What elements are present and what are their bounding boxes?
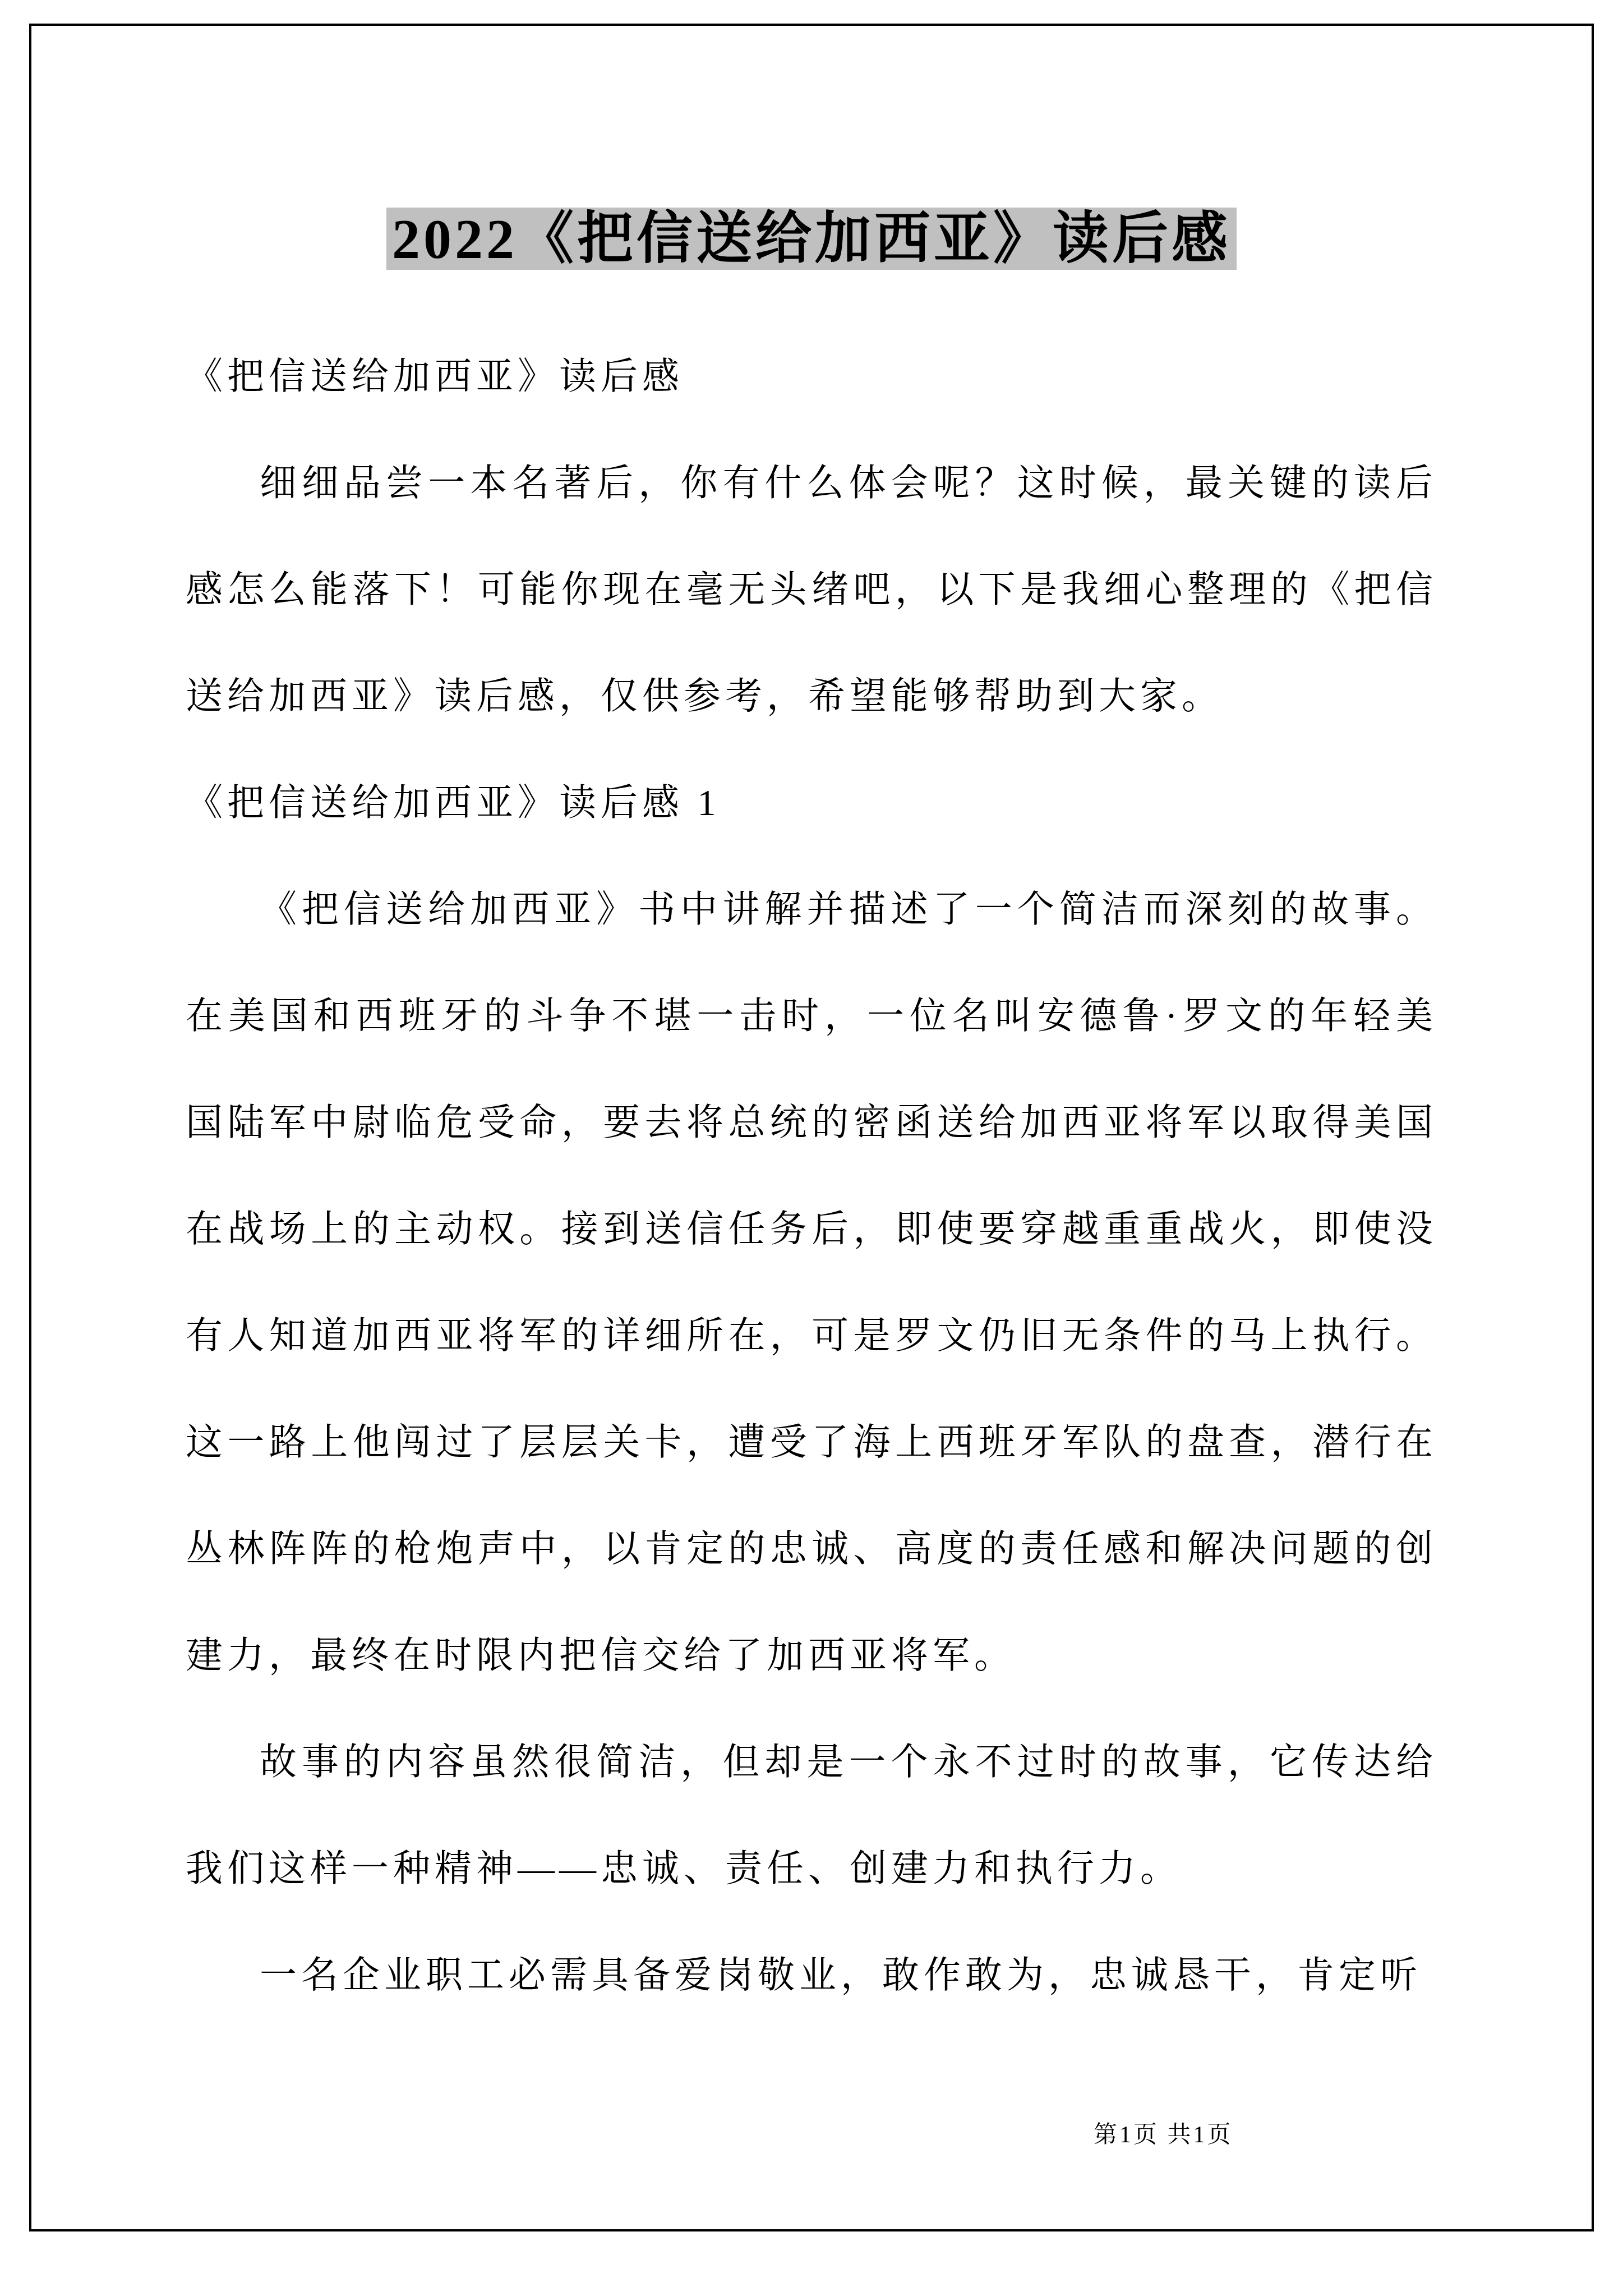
paragraph: 一名企业职工必需具备爱岗敬业，敢作敢为，忠诚恳干，肯定听 [186,1922,1437,2029]
paragraph-container: 《把信送给加西亚》读后感细细品尝一本名著后，你有什么体会呢？这时候，最关键的读后… [186,324,1437,2029]
page-number-footer: 第1页 共1页 [1094,2116,1233,2150]
paragraph: 细细品尝一本名著后，你有什么体会呢？这时候，最关键的读后感怎么能落下！可能你现在… [186,430,1437,750]
paragraph: 《把信送给加西亚》读后感 1 [186,750,1437,857]
paragraph: 故事的内容虽然很简洁，但却是一个永不过时的故事，它传达给我们这样一种精神——忠诚… [186,1709,1437,1922]
document-title: 2022《把信送给加西亚》读后感 [186,200,1437,278]
paragraph: 《把信送给加西亚》读后感 [186,324,1437,430]
document-page: 2022《把信送给加西亚》读后感 《把信送给加西亚》读后感细细品尝一本名著后，你… [0,0,1623,2296]
document-body: 2022《把信送给加西亚》读后感 《把信送给加西亚》读后感细细品尝一本名著后，你… [186,0,1437,2029]
document-title-highlight: 2022《把信送给加西亚》读后感 [386,208,1237,270]
paragraph: 《把信送给加西亚》书中讲解并描述了一个简洁而深刻的故事。在美国和西班牙的斗争不堪… [186,857,1437,1709]
